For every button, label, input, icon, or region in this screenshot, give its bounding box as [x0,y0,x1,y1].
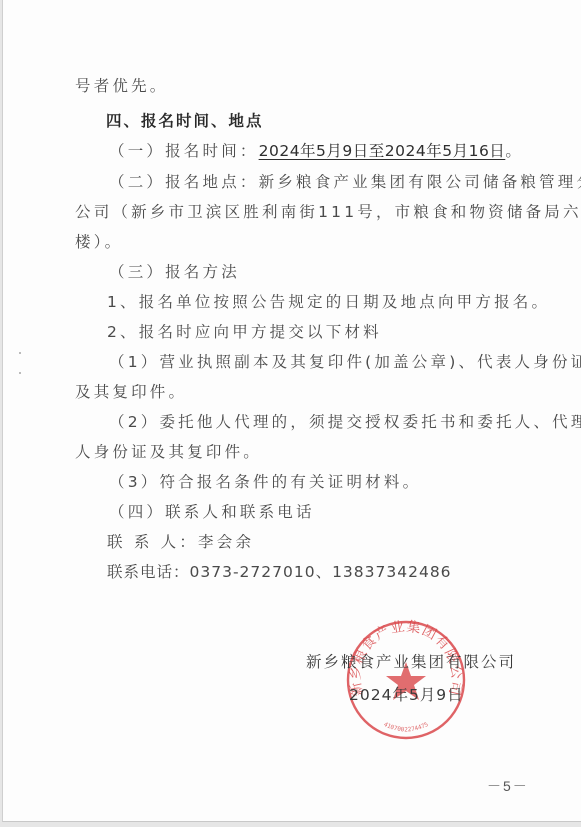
registration-location-line3: 楼）。 [75,232,123,252]
registration-time-label: （一）报名时间： [109,142,259,160]
contact-heading: （四）联系人和联系电话 [109,502,315,522]
material-1-line2: 及其复印件。 [75,382,187,402]
registration-location-line1: （二）报名地点：新乡粮食产业集团有限公司储备粮管理分 [109,172,581,192]
material-1-line1: （1）营业执照副本及其复印件(加盖公章)、代表人身份证明 [109,352,581,372]
material-2-line1: （2）委托他人代理的，须提交授权委托书和委托人、代理 [109,412,581,432]
registration-method-heading: （三）报名方法 [109,262,240,282]
material-2-line2: 人身份证及其复印件。 [75,442,262,462]
signature-date: 2024年5月9日 [349,683,464,705]
registration-time-value: 2024年5月9日至2024年5月16日 [259,142,506,160]
method-step-2: 2、报名时应向甲方提交以下材料 [107,322,382,342]
section-heading: 四、报名时间、地点 [106,111,264,131]
material-3: （3）符合报名条件的有关证明材料。 [109,472,421,492]
method-step-1: 1、报名单位按照公告规定的日期及地点向甲方报名。 [107,292,550,312]
continuation-text: 号者优先。 [75,76,169,96]
signature-organization: 新乡粮食产业集团有限公司 [306,650,516,672]
document-page: 号者优先。 四、报名时间、地点 （一）报名时间：2024年5月9日至2024年5… [2,0,581,822]
page-number: －5－ [487,776,529,796]
company-seal-icon: 新乡粮食产业集团有限公司 4107002274475 [344,618,468,742]
registration-location-line2: 公司（新乡市卫滨区胜利南街111号，市粮食和物资储备局六 [75,202,581,222]
registration-time: （一）报名时间：2024年5月9日至2024年5月16日。 [109,141,524,161]
contact-person: 联 系 人：李会余 [107,532,254,552]
contact-phone: 联系电话：0373-2727010、13837342486 [107,562,452,582]
scan-artifact [19,372,21,374]
svg-text:4107002274475: 4107002274475 [382,721,429,734]
scan-artifact [19,352,21,354]
registration-time-suffix: 。 [505,142,524,160]
